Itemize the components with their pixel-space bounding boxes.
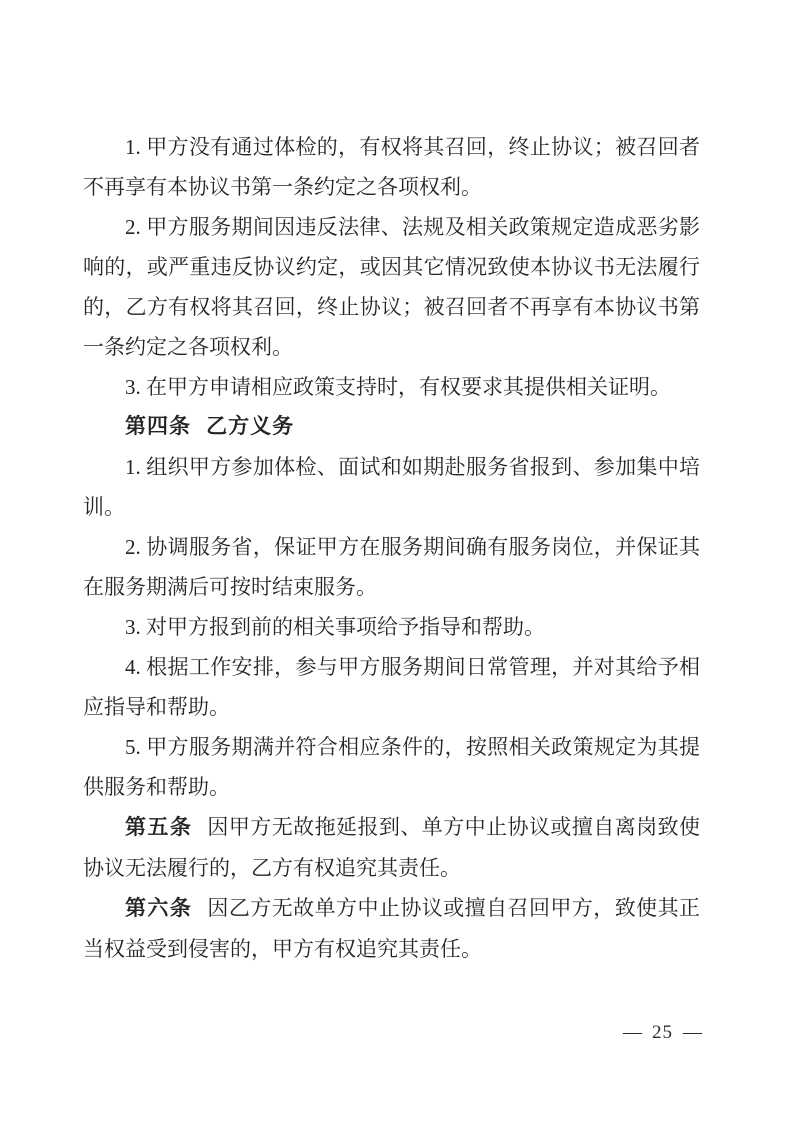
clause-paragraph: 2. 协调服务省，保证甲方在服务期间确有服务岗位，并保证其在服务期满后可按时结束… — [83, 527, 700, 607]
document-page: 1. 甲方没有通过体检的，有权将其召回，终止协议；被召回者不再享有本协议书第一条… — [0, 0, 793, 1122]
page-number: 25 — [652, 1021, 673, 1045]
article-clause: 第六条因乙方无故单方中止协议或擅自召回甲方，致使其正当权益受到侵害的，甲方有权追… — [83, 888, 700, 969]
article-clause-label: 第五条 — [125, 816, 192, 839]
article-clause: 第五条因甲方无故拖延报到、单方中止协议或擅自离岗致使协议无法履行的，乙方有权追究… — [83, 807, 700, 888]
article-clause-label: 第六条 — [125, 897, 192, 920]
article-heading-label: 第四条 — [125, 415, 191, 438]
clause-paragraph: 5. 甲方服务期满并符合相应条件的，按照相关政策规定为其提供服务和帮助。 — [83, 727, 700, 807]
footer-dash-left: — — [623, 1021, 642, 1045]
article-heading: 第四条乙方义务 — [83, 407, 700, 447]
article-heading-title: 乙方义务 — [206, 415, 294, 438]
clause-paragraph: 4. 根据工作安排，参与甲方服务期间日常管理，并对其给予相应指导和帮助。 — [83, 647, 700, 727]
page-footer: — 25 — — [623, 1021, 702, 1045]
document-content: 1. 甲方没有通过体检的，有权将其召回，终止协议；被召回者不再享有本协议书第一条… — [83, 127, 700, 969]
footer-dash-right: — — [683, 1021, 702, 1045]
clause-paragraph: 1. 组织甲方参加体检、面试和如期赴服务省报到、参加集中培训。 — [83, 447, 700, 527]
clause-paragraph: 2. 甲方服务期间因违反法律、法规及相关政策规定造成恶劣影响的，或严重违反协议约… — [83, 207, 700, 367]
clause-paragraph: 3. 对甲方报到前的相关事项给予指导和帮助。 — [83, 607, 700, 647]
clause-paragraph: 1. 甲方没有通过体检的，有权将其召回，终止协议；被召回者不再享有本协议书第一条… — [83, 127, 700, 207]
clause-paragraph: 3. 在甲方申请相应政策支持时，有权要求其提供相关证明。 — [83, 367, 700, 407]
